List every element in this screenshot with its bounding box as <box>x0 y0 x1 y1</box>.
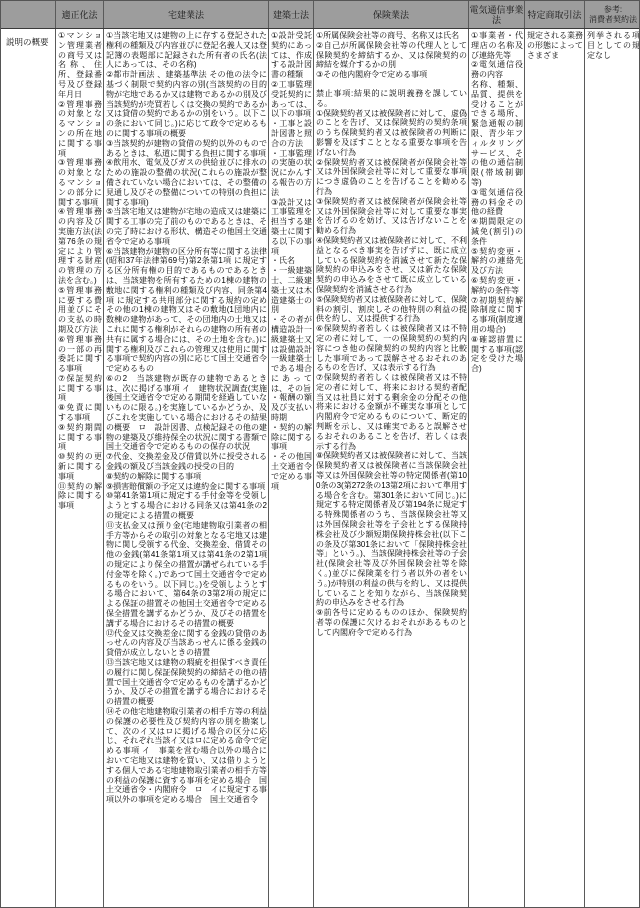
paragraph: ③保険契約者又は被保険者が保険会社等又は外国保険会社等に対して重要な事実を告げる… <box>316 197 467 236</box>
paragraph: ⑪契約の解除に関する事項 <box>58 482 102 511</box>
law-cell-7: 列挙される項目としての規定なし <box>585 29 640 908</box>
paragraph: ・その者が構造設計一級建築士又は設備設計一級建築士である場合にあっては、その旨 <box>271 315 312 393</box>
law-cell-2: ①当該宅地又は建物の上に存する登記された権利の種類及び内容並びに登記名義人又は登… <box>104 29 269 908</box>
law-cell-3: ①設計受託契約にあっては、作成する設計図書の種類②工事監理受託契約にあっては、以… <box>269 29 314 908</box>
paragraph: ⑨契約期間に関する事項 <box>58 423 102 452</box>
paragraph: ⑦代金、交換差金及び借賃以外に授受される金銭の額及び当該金銭の授受の目的 <box>106 452 267 472</box>
header-cell-6: 特定商取引法 <box>525 1 585 28</box>
row-label: 説明の概要 <box>6 37 49 47</box>
paragraph: ⑩契約の更新に関する事項 <box>58 452 102 481</box>
paragraph: ⑭その他宅地建物取引業者の相手方等の利益の保護の必要性及び契約内容の別を勘案して… <box>106 707 267 805</box>
law-cell-4: ①所属保険会社等の商号、名称又は氏名②自己が所属保険会社等の代理人として保険契約… <box>314 29 469 908</box>
paragraph: ⑤当該宅地又は建物が宅地の造成又は建築に関する工事の完了前のものであるときは、そ… <box>106 207 267 246</box>
paragraph: ③設計又は工事監理を担当する建築士に関する以下の事項 <box>271 198 312 257</box>
paragraph: ①保険契約者又は被保険者に対して、虚偽のことを告げ、又は保険契約の契約条項のうち… <box>316 109 467 158</box>
paragraph: ・氏名 <box>271 256 312 266</box>
paragraph: ・工事監理の実施の状況にかんする報告の方法 <box>271 149 312 198</box>
paragraph: ③当該契約が建物の貸借の契約以外のものであるときは、私道に関する負担に関する事項 <box>106 139 267 159</box>
paragraph: ②都市計画法 、建築基準法 その他の法令に基づく制限で契約内容の別(当該契約の目… <box>106 70 267 139</box>
paragraph: ⑤保険契約者又は被保険者に対して、保険料の割引、割戻しその他特別の利益の提供を約… <box>316 295 467 324</box>
paragraph: ②電気通信役務の内容 <box>471 60 523 80</box>
paragraph: ④飲用水、電気及びガスの供給並びに排水のための施設の整備の状況(これらの施設が整… <box>106 158 267 207</box>
paragraph: ⑪支払金又は預り金(宅地建物取引業者の相手方等からその取引の対象となる宅地又は建… <box>106 521 267 629</box>
table-header-row: 適正化法宅建業法建築士法保険業法電気通信事業法特定商取引法参考: 消費者契約法 <box>1 1 639 29</box>
paragraph: ・工事と設計図書と照合の方法 <box>271 119 312 148</box>
paragraph: ⑦初期契約解除制度に関する事項(制度適用の場合) <box>471 296 523 335</box>
paragraph: ⑧契約の解除に関する事項 <box>106 472 267 482</box>
paragraph: ③その他内閣府令で定める事項 <box>316 70 467 80</box>
paragraph: ⑫代金又は交換差金に関する金銭の貸借のあっせんの内容及び当該あっせんに係る金銭の… <box>106 629 267 658</box>
paragraph: ⑥の2 当該建物が既存の建物であるときは、次に掲げる事項 イ 建物状況調査(実施… <box>106 374 267 452</box>
header-cell-2: 宅建業法 <box>104 1 269 28</box>
header-cell-4: 保険業法 <box>314 1 469 28</box>
paragraph: ⑤管理事務に要する費用並びにその支払の時期及び方法 <box>58 286 102 335</box>
law-cell-5: ①事業者・代理店の名称及び連絡先等②電気通信役務の内容名称、種類、品質、提供を受… <box>469 29 525 908</box>
paragraph: ②保険契約者又は被保険者が保険会社等又は外国保険会社等に対して重要な事項につき虚… <box>316 158 467 197</box>
law-comparison-table: 適正化法宅建業法建築士法保険業法電気通信事業法特定商取引法参考: 消費者契約法 … <box>0 0 640 908</box>
paragraph: 名称、種類、品質、提供を受けることができる場所、緊急通報の制限、青少年フィルタリ… <box>471 80 523 188</box>
paragraph: ③管理事務の対象となるマンションの部分に関する事項 <box>58 158 102 207</box>
row-label-cell: 説明の概要 <box>1 29 56 908</box>
paragraph: ⑬当該宅地又は建物の瑕疵を担保すべき責任の履行に関し保証保険契約の締結その他の措… <box>106 658 267 707</box>
paragraph: ⑧確認措置に関する事項(認定を受けた場合) <box>471 335 523 374</box>
paragraph: ②自己が所属保険会社等の代理人として保険契約を締結するか、又は保険契約の締結を媒… <box>316 41 467 70</box>
paragraph: ⑨損害賠償額の予定又は違約金に関する事項 <box>106 482 267 492</box>
law-cell-1: ①マンション管理業者の商号又は名称、住所、登録番号及び登録年月日②管理事務の対象… <box>56 29 104 908</box>
header-corner-cell <box>1 1 56 28</box>
paragraph: ③電気通信役務の料金その他の経費 <box>471 188 523 217</box>
paragraph: ①事業者・代理店の名称及び連絡先等 <box>471 31 523 60</box>
paragraph: ②工事監理受託契約にあっては、以下の事項 <box>271 80 312 119</box>
paragraph: ⑧保険契約者又は被保険者に対して、当該保険契約者又は被保険者に当該保険会社等又は… <box>316 451 467 608</box>
paragraph: ①所属保険会社等の商号、名称又は氏名 <box>316 31 467 41</box>
paragraph: ④管理事務の内容及び実施方法(法第76条の規定により管理する財産の管理の方法を含… <box>58 207 102 285</box>
paragraph: ・一級建築士、二級建築士又は木造建築士の別 <box>271 266 312 315</box>
table-body-row: 説明の概要 ①マンション管理業者の商号又は名称、住所、登録番号及び登録年月日②管… <box>1 29 639 908</box>
paragraph: ⑧免責に関する事項 <box>58 403 102 423</box>
paragraph: 規定される業務の形態によってさまざま <box>527 31 583 60</box>
paragraph: ①当該宅地又は建物の上に存する登記された権利の種類及び内容並びに登記名義人又は登… <box>106 31 267 70</box>
paragraph: ⑥保険契約者若しくは被保険者又は不特定の者に対して、一の保険契約の契約内容につき… <box>316 324 467 373</box>
paragraph: 禁止事項:結果的に説明義務を課している。 <box>316 89 467 109</box>
paragraph: ・報酬の額及び支払い時期 <box>271 393 312 422</box>
law-cell-6: 規定される業務の形態によってさまざま <box>525 29 585 908</box>
paragraph: 列挙される項目としての規定なし <box>587 31 640 60</box>
paragraph-gap <box>316 80 467 89</box>
paragraph: ・契約の解除に関する事項 <box>271 423 312 452</box>
paragraph: ④保険契約者又は被保険者に対して、不利益となるべき事実を告げずに、既に成立してい… <box>316 236 467 295</box>
paragraph: ①マンション管理業者の商号又は名称、住所、登録番号及び登録年月日 <box>58 31 102 100</box>
paragraph: ⑨前各号に定めるもののほか、保険契約者等の保護に欠けるおそれがあるものとして内閣… <box>316 608 467 637</box>
paragraph: ④期間限定の減免(割引)の条件 <box>471 217 523 246</box>
paragraph: ⑦保証契約に関する事項 <box>58 374 102 403</box>
paragraph: ⑦保険契約者若しくは被保険者又は不特定の者に対して、将来における契約者配当又は社… <box>316 373 467 451</box>
paragraph: ①設計受託契約にあっては、作成する設計図書の種類 <box>271 31 312 80</box>
header-cell-7: 参考: 消費者契約法 <box>585 1 640 28</box>
header-cell-1: 適正化法 <box>56 1 104 28</box>
paragraph: ・その他国土交通省令で定める事項 <box>271 452 312 491</box>
paragraph: ⑥管理事務の一部の再委託に関する事項 <box>58 335 102 374</box>
header-cell-3: 建築士法 <box>269 1 314 28</box>
header-cell-5: 電気通信事業法 <box>469 1 525 28</box>
paragraph: ⑤契約変更・解約の連絡先及び方法 <box>471 247 523 276</box>
paragraph: ②管理事務の対象となるマンションの所在地に関する事項 <box>58 100 102 159</box>
paragraph: ⑥当該建物が建物の区分所有等に関する法律(昭和37年法律第69号)第2条第1項 … <box>106 247 267 374</box>
paragraph: ⑥契約変更・解約の条件等 <box>471 276 523 296</box>
paragraph: ⑩第41条第1項に規定する手付金等を受領しようとする場合における同条又は第41条… <box>106 491 267 520</box>
